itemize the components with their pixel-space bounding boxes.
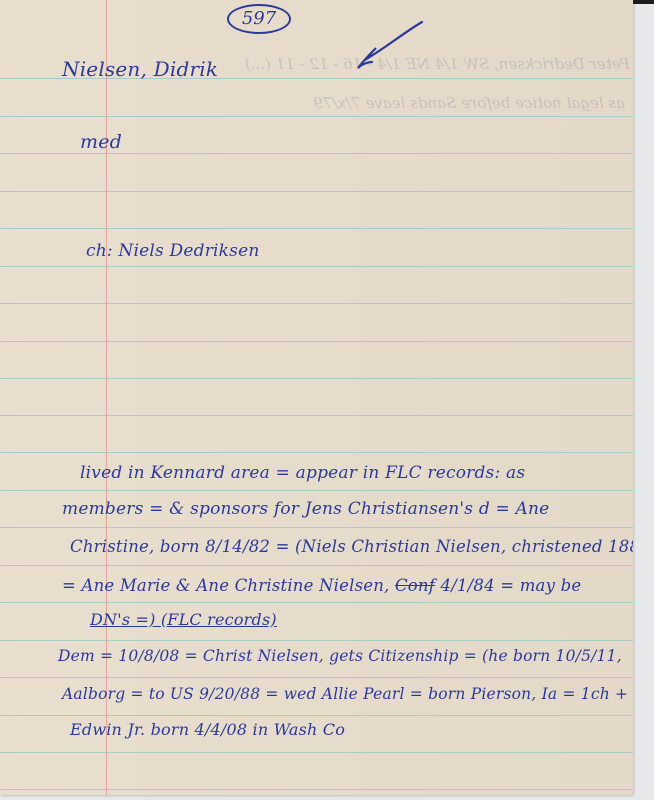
ruled-line — [0, 490, 633, 491]
ruled-line — [0, 752, 633, 753]
ruled-line — [0, 378, 633, 379]
notebook-page: Peter Dedricksen, SW 1/4 NE 1/4 - 16 - 1… — [0, 0, 633, 795]
note-line-4: = Ane Marie & Ane Christine Nielsen, Con… — [62, 576, 581, 595]
ruled-line — [0, 565, 633, 566]
checkmark-icon — [350, 18, 430, 78]
ruled-line — [0, 266, 633, 267]
note-line-6: Dem = 10/8/08 = Christ Nielsen, gets Cit… — [58, 647, 622, 665]
bleed-through-text: as legal notice before Sands leave 7/x/7… — [270, 94, 625, 112]
ruled-line — [0, 640, 633, 641]
note-line-7: Aalborg = to US 9/20/88 = wed Allie Pear… — [62, 685, 628, 703]
margin-line — [106, 0, 107, 795]
note-line-8: Edwin Jr. born 4/4/08 in Wash Co — [70, 720, 345, 739]
note-line-4-post: 4/1/84 = may be — [435, 576, 581, 595]
ruled-line — [0, 715, 633, 716]
ruled-line — [0, 452, 633, 453]
note-line-2: members = & sponsors for Jens Christians… — [62, 499, 549, 519]
ruled-line — [0, 116, 633, 117]
ruled-line — [0, 341, 633, 342]
note-line-3: Christine, born 8/14/82 = (Niels Christi… — [70, 537, 633, 556]
ruled-line — [0, 153, 633, 154]
scan-edge-strip — [633, 0, 654, 4]
ruled-line — [0, 789, 633, 790]
ruled-line — [0, 602, 633, 603]
note-line-5: DN's =) (FLC records) — [90, 610, 277, 629]
child-line: ch: Niels Dedriksen — [86, 241, 260, 261]
ruled-line — [0, 228, 633, 229]
note-line-4-pre: = Ane Marie & Ane Christine Nielsen, — [62, 576, 395, 595]
struck-word: Conf — [395, 576, 435, 595]
ruled-line — [0, 527, 633, 528]
person-name-heading: Nielsen, Didrik — [62, 57, 218, 81]
married-label: med — [80, 131, 122, 153]
ruled-line — [0, 415, 633, 416]
page-number: 597 — [227, 4, 291, 34]
ruled-line — [0, 191, 633, 192]
ruled-line — [0, 677, 633, 678]
ruled-line — [0, 303, 633, 304]
note-line-1: lived in Kennard area = appear in FLC re… — [80, 463, 525, 483]
